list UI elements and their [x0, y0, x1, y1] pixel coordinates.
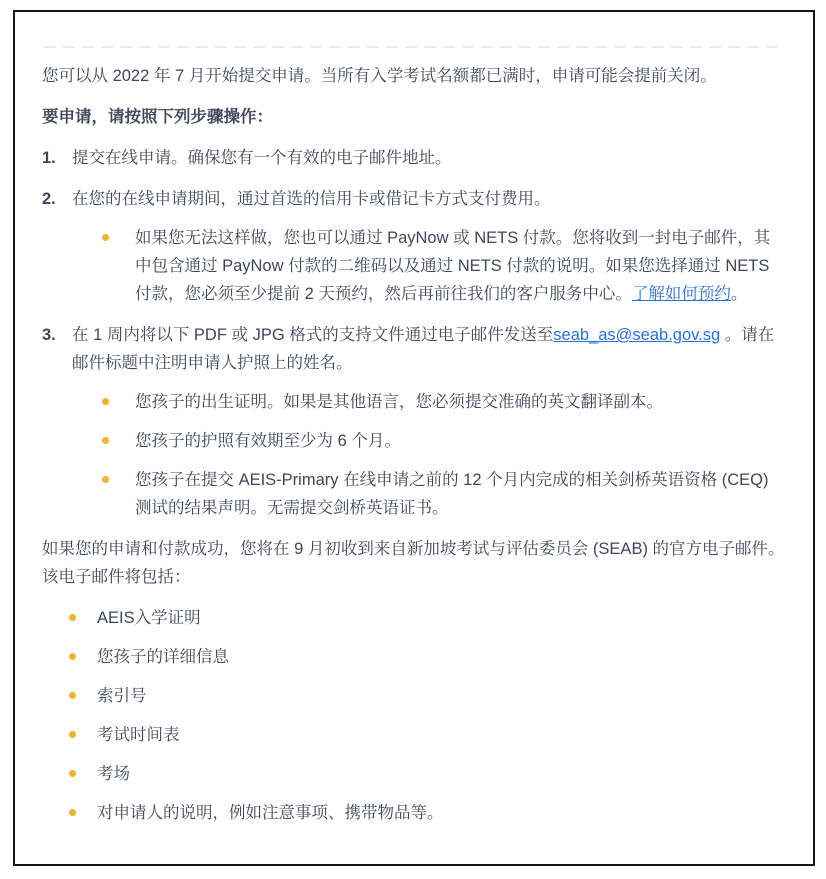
step-2: 2. 在您的在线申请期间，通过首选的信用卡或借记卡方式支付费用。 如果您无法这样…: [42, 185, 785, 308]
faint-divider: [44, 46, 783, 48]
step-3-sub-bullets: 您孩子的出生证明。如果是其他语言，您必须提交准确的英文翻译副本。 您孩子的护照有…: [102, 388, 785, 522]
list-item: 考场: [69, 760, 785, 788]
appointment-link[interactable]: 了解如何预约: [632, 285, 731, 303]
list-item: 对申请人的说明，例如注意事项、携带物品等。: [69, 799, 785, 827]
list-item: 您孩子的护照有效期至少为 6 个月。: [102, 427, 785, 455]
bullet-icon: [69, 692, 76, 699]
email-includes-item: 索引号: [97, 682, 147, 710]
step-3-text-before-link: 在 1 周内将以下 PDF 或 JPG 格式的支持文件通过电子邮件发送至: [72, 326, 553, 344]
email-link[interactable]: seab_as@seab.gov.sg: [553, 326, 720, 344]
email-includes-item: 对申请人的说明，例如注意事项、携带物品等。: [97, 799, 444, 827]
step-1-number: 1.: [42, 144, 72, 172]
step-1-text: 提交在线申请。确保您有一个有效的电子邮件地址。: [72, 144, 785, 172]
bullet-icon: [102, 234, 109, 241]
document-ceq-statement: 您孩子在提交 AEIS-Primary 在线申请之前的 12 个月内完成的相关剑…: [135, 466, 785, 522]
document-passport: 您孩子的护照有效期至少为 6 个月。: [135, 427, 401, 455]
bullet-icon: [102, 437, 109, 444]
bullet-icon: [102, 476, 109, 483]
success-paragraph: 如果您的申请和付款成功，您将在 9 月初收到来自新加坡考试与评估委员会 (SEA…: [42, 535, 785, 591]
email-includes-list: AEIS入学证明 您孩子的详细信息 索引号 考试时间表 考场 对申请人的说明，例…: [69, 604, 785, 827]
step-3: 3. 在 1 周内将以下 PDF 或 JPG 格式的支持文件通过电子邮件发送至s…: [42, 321, 785, 522]
intro-paragraph: 您可以从 2022 年 7 月开始提交申请。当所有入学考试名额都已满时，申请可能…: [42, 62, 785, 90]
step-3-body: 在 1 周内将以下 PDF 或 JPG 格式的支持文件通过电子邮件发送至seab…: [72, 321, 785, 522]
email-includes-item: 考试时间表: [97, 721, 180, 749]
steps-heading: 要申请，请按照下列步骤操作：: [42, 103, 785, 131]
bullet-icon: [69, 731, 76, 738]
payment-alternative-text: 如果您无法这样做，您也可以通过 PayNow 或 NETS 付款。您将收到一封电…: [135, 224, 785, 308]
email-includes-item: AEIS入学证明: [97, 604, 201, 632]
list-item: AEIS入学证明: [69, 604, 785, 632]
step-3-number: 3.: [42, 321, 72, 349]
email-includes-item: 考场: [97, 760, 130, 788]
bullet-icon: [69, 653, 76, 660]
bullet-icon: [69, 614, 76, 621]
list-item: 您孩子的出生证明。如果是其他语言，您必须提交准确的英文翻译副本。: [102, 388, 785, 416]
bullet-text-after-link: 。: [731, 285, 748, 303]
list-item: 如果您无法这样做，您也可以通过 PayNow 或 NETS 付款。您将收到一封电…: [102, 224, 785, 308]
email-includes-item: 您孩子的详细信息: [97, 643, 229, 671]
step-1: 1. 提交在线申请。确保您有一个有效的电子邮件地址。: [42, 144, 785, 172]
document-birth-certificate: 您孩子的出生证明。如果是其他语言，您必须提交准确的英文翻译副本。: [135, 388, 663, 416]
list-item: 您孩子的详细信息: [69, 643, 785, 671]
content-panel: 您可以从 2022 年 7 月开始提交申请。当所有入学考试名额都已满时，申请可能…: [13, 10, 815, 866]
step-2-number: 2.: [42, 185, 72, 213]
bullet-icon: [102, 398, 109, 405]
list-item: 您孩子在提交 AEIS-Primary 在线申请之前的 12 个月内完成的相关剑…: [102, 466, 785, 522]
step-2-text: 在您的在线申请期间，通过首选的信用卡或借记卡方式支付费用。: [72, 190, 551, 208]
step-2-body: 在您的在线申请期间，通过首选的信用卡或借记卡方式支付费用。 如果您无法这样做，您…: [72, 185, 785, 308]
list-item: 索引号: [69, 682, 785, 710]
list-item: 考试时间表: [69, 721, 785, 749]
step-2-sub-bullets: 如果您无法这样做，您也可以通过 PayNow 或 NETS 付款。您将收到一封电…: [102, 224, 785, 308]
bullet-icon: [69, 809, 76, 816]
article-body: 您可以从 2022 年 7 月开始提交申请。当所有入学考试名额都已满时，申请可能…: [42, 46, 785, 827]
bullet-icon: [69, 770, 76, 777]
